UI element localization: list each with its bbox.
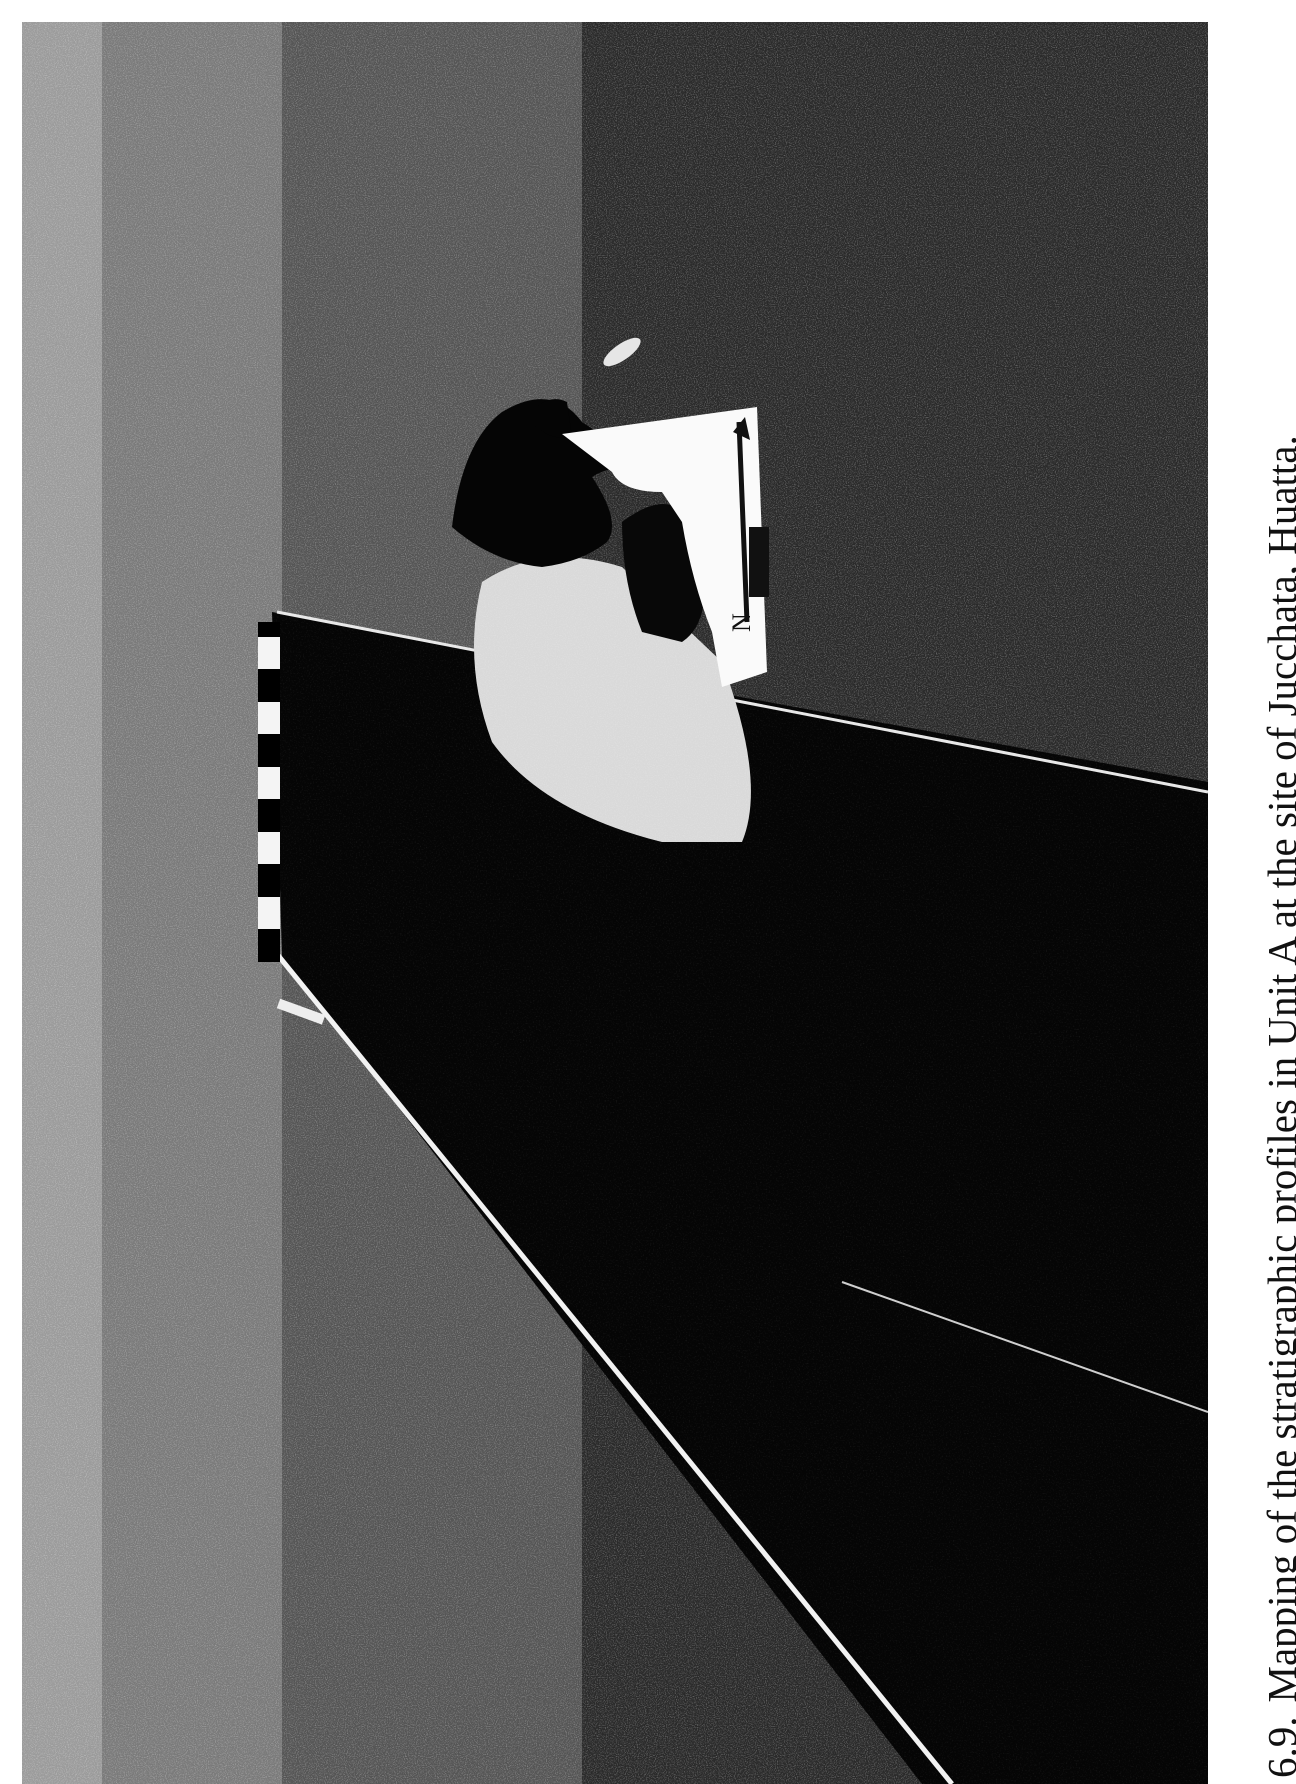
photo-illustration: N [22, 22, 1208, 1784]
figure-caption-text: Mapping of the stratigraphic profiles in… [1259, 435, 1296, 1702]
figure-caption: 6.9.Mapping of the stratigraphic profile… [1262, 435, 1296, 1784]
figure-photograph: N [22, 22, 1208, 1784]
figure-number: 6.9. [1259, 1717, 1296, 1779]
scale-bar [258, 622, 280, 962]
book-page: N 6.9.Mapping of the stratigraphic profi… [0, 0, 1296, 1784]
north-arrow-label: N [727, 613, 756, 632]
